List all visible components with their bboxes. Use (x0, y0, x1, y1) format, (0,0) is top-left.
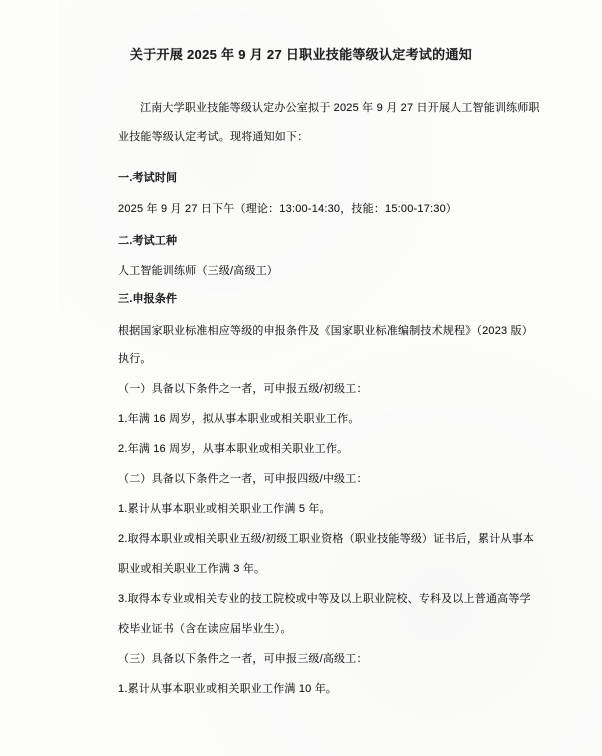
level4-item-2-line-2: 职业或相关职业工作满 3 年。 (118, 562, 265, 576)
level5-item-1: 1.年满 16 周岁，拟从事本职业或相关职业工作。 (118, 412, 360, 426)
level4-item-3-line-1: 3.取得本专业或相关专业的技工院校或中等及以上职业院校、专科及以上普通高等学 (118, 592, 531, 606)
section-requirements-heading: 三.申报条件 (118, 292, 177, 306)
level3-heading: （三）具备以下条件之一者，可申报三级/高级工： (118, 652, 368, 666)
level4-item-2-line-1: 2.取得本职业或相关职业五级/初级工职业资格（职业技能等级）证书后，累计从事本 (118, 532, 534, 546)
level3-item-1: 1.累计从事本职业或相关职业工作满 10 年。 (118, 682, 337, 696)
requirements-basis-line-2: 执行。 (118, 352, 152, 366)
level4-item-1: 1.累计从事本职业或相关职业工作满 5 年。 (118, 502, 331, 516)
intro-line-2: 业技能等级认定考试。现将通知如下： (118, 130, 308, 144)
level5-heading: （一）具备以下条件之一者，可申报五级/初级工： (118, 382, 368, 396)
intro-line-1: 江南大学职业技能等级认定办公室拟于 2025 年 9 月 27 日开展人工智能训… (140, 101, 540, 115)
scanned-notice-page: 关于开展 2025 年 9 月 27 日职业技能等级认定考试的通知 江南大学职业… (0, 0, 602, 756)
level4-heading: （二）具备以下条件之一者，可申报四级/中级工： (118, 472, 368, 486)
level4-item-3-line-2: 校毕业证书（含在读应届毕业生）。 (118, 622, 292, 636)
section-time-heading: 一.考试时间 (118, 171, 177, 185)
requirements-basis-line-1: 根据国家职业标准相应等级的申报条件及《国家职业标准编制技术规程》（2023 版） (118, 324, 533, 338)
doc-title: 关于开展 2025 年 9 月 27 日职业技能等级认定考试的通知 (0, 44, 602, 63)
level5-item-2: 2.年满 16 周岁，从事本职业或相关职业工作。 (118, 442, 348, 456)
occupation-text: 人工智能训练师（三级/高级工） (118, 264, 278, 278)
exam-time-text: 2025 年 9 月 27 日下午（理论：13:00-14:30，技能：15:0… (118, 202, 457, 216)
section-occupation-heading: 二.考试工种 (118, 234, 177, 248)
